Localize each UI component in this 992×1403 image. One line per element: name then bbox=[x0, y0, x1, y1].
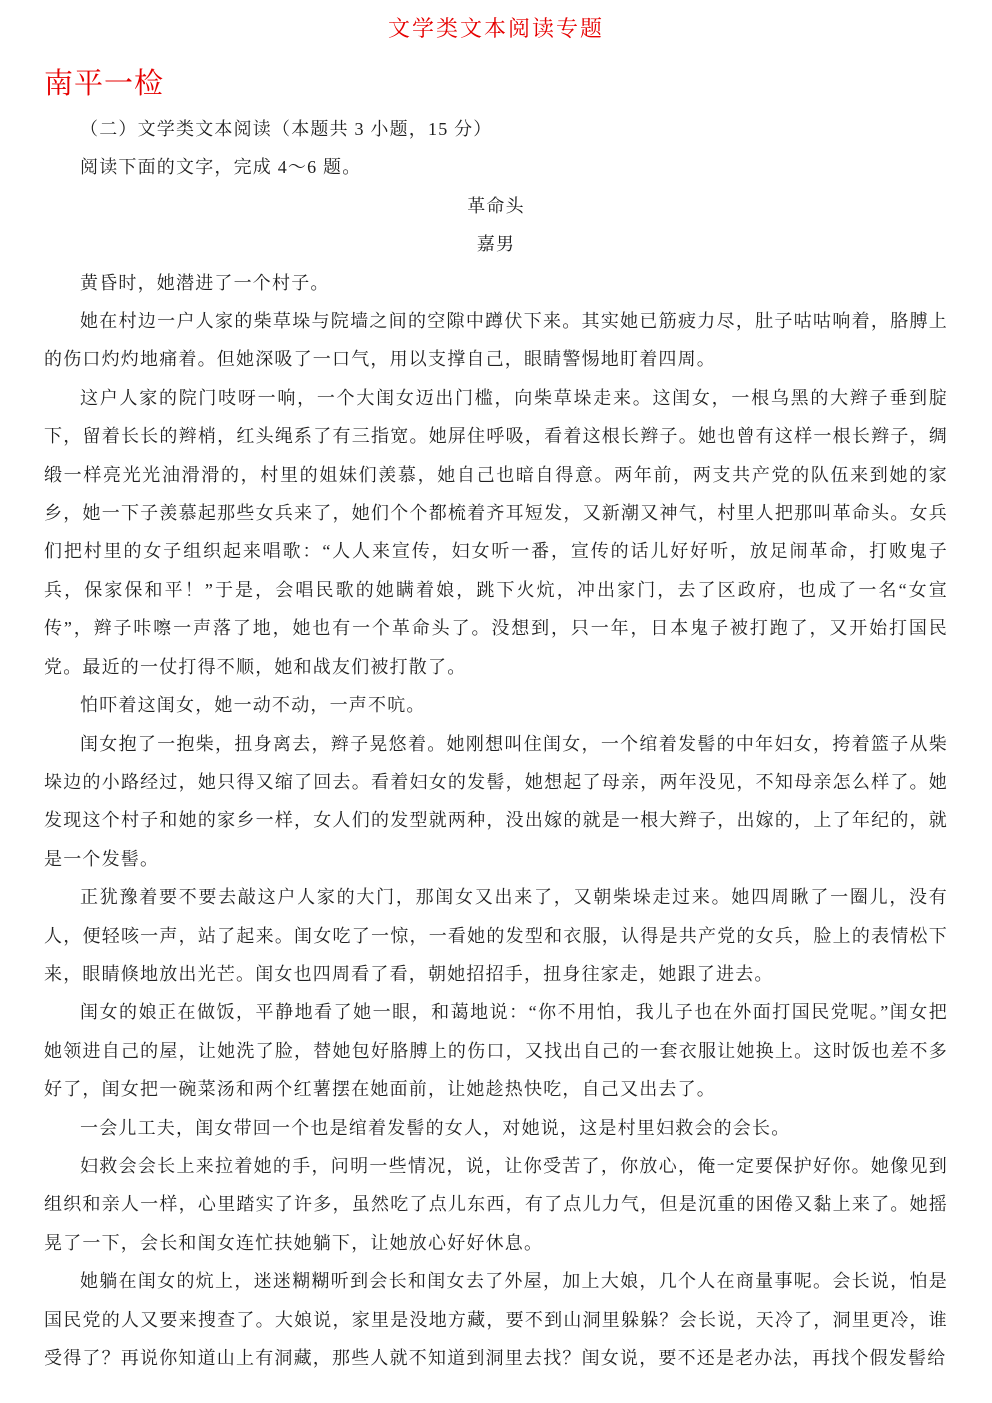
story-author: 嘉男 bbox=[44, 225, 948, 263]
story-paragraph: 闺女抱了一抱柴，扭身离去，辫子晃悠着。她刚想叫住闺女，一个绾着发髻的中年妇女，挎… bbox=[44, 725, 948, 879]
document-page: 文学类文本阅读专题 南平一检 （二）文学类文本阅读（本题共 3 小题，15 分）… bbox=[0, 0, 992, 1403]
exam-section-line: （二）文学类文本阅读（本题共 3 小题，15 分） bbox=[44, 110, 948, 148]
section-heading: 南平一检 bbox=[44, 66, 948, 102]
story-paragraph: 妇救会会长上来拉着她的手，问明一些情况，说，让你受苦了，你放心，俺一定要保护好你… bbox=[44, 1147, 948, 1262]
page-title: 文学类文本阅读专题 bbox=[44, 14, 948, 44]
story-paragraph: 她躺在闺女的炕上，迷迷糊糊听到会长和闺女去了外屋，加上大娘，几个人在商量事呢。会… bbox=[44, 1262, 948, 1377]
reading-instruction-line: 阅读下面的文字，完成 4～6 题。 bbox=[44, 148, 948, 186]
story-paragraph: 正犹豫着要不要去敲这户人家的大门，那闺女又出来了，又朝柴垛走过来。她四周瞅了一圈… bbox=[44, 878, 948, 993]
document-body: （二）文学类文本阅读（本题共 3 小题，15 分） 阅读下面的文字，完成 4～6… bbox=[44, 110, 948, 1377]
story-paragraph: 怕吓着这闺女，她一动不动，一声不吭。 bbox=[44, 686, 948, 724]
story-paragraph: 闺女的娘正在做饭，平静地看了她一眼，和蔼地说：“你不用怕，我儿子也在外面打国民党… bbox=[44, 993, 948, 1108]
story-paragraph: 黄昏时，她潜进了一个村子。 bbox=[44, 264, 948, 302]
story-paragraph: 一会儿工夫，闺女带回一个也是绾着发髻的女人，对她说，这是村里妇救会的会长。 bbox=[44, 1109, 948, 1147]
story-paragraph: 她在村边一户人家的柴草垛与院墙之间的空隙中蹲伏下来。其实她已筋疲力尽，肚子咕咕响… bbox=[44, 302, 948, 379]
story-title: 革命头 bbox=[44, 187, 948, 225]
story-paragraph: 这户人家的院门吱呀一响，一个大闺女迈出门槛，向柴草垛走来。这闺女，一根乌黑的大辫… bbox=[44, 379, 948, 686]
